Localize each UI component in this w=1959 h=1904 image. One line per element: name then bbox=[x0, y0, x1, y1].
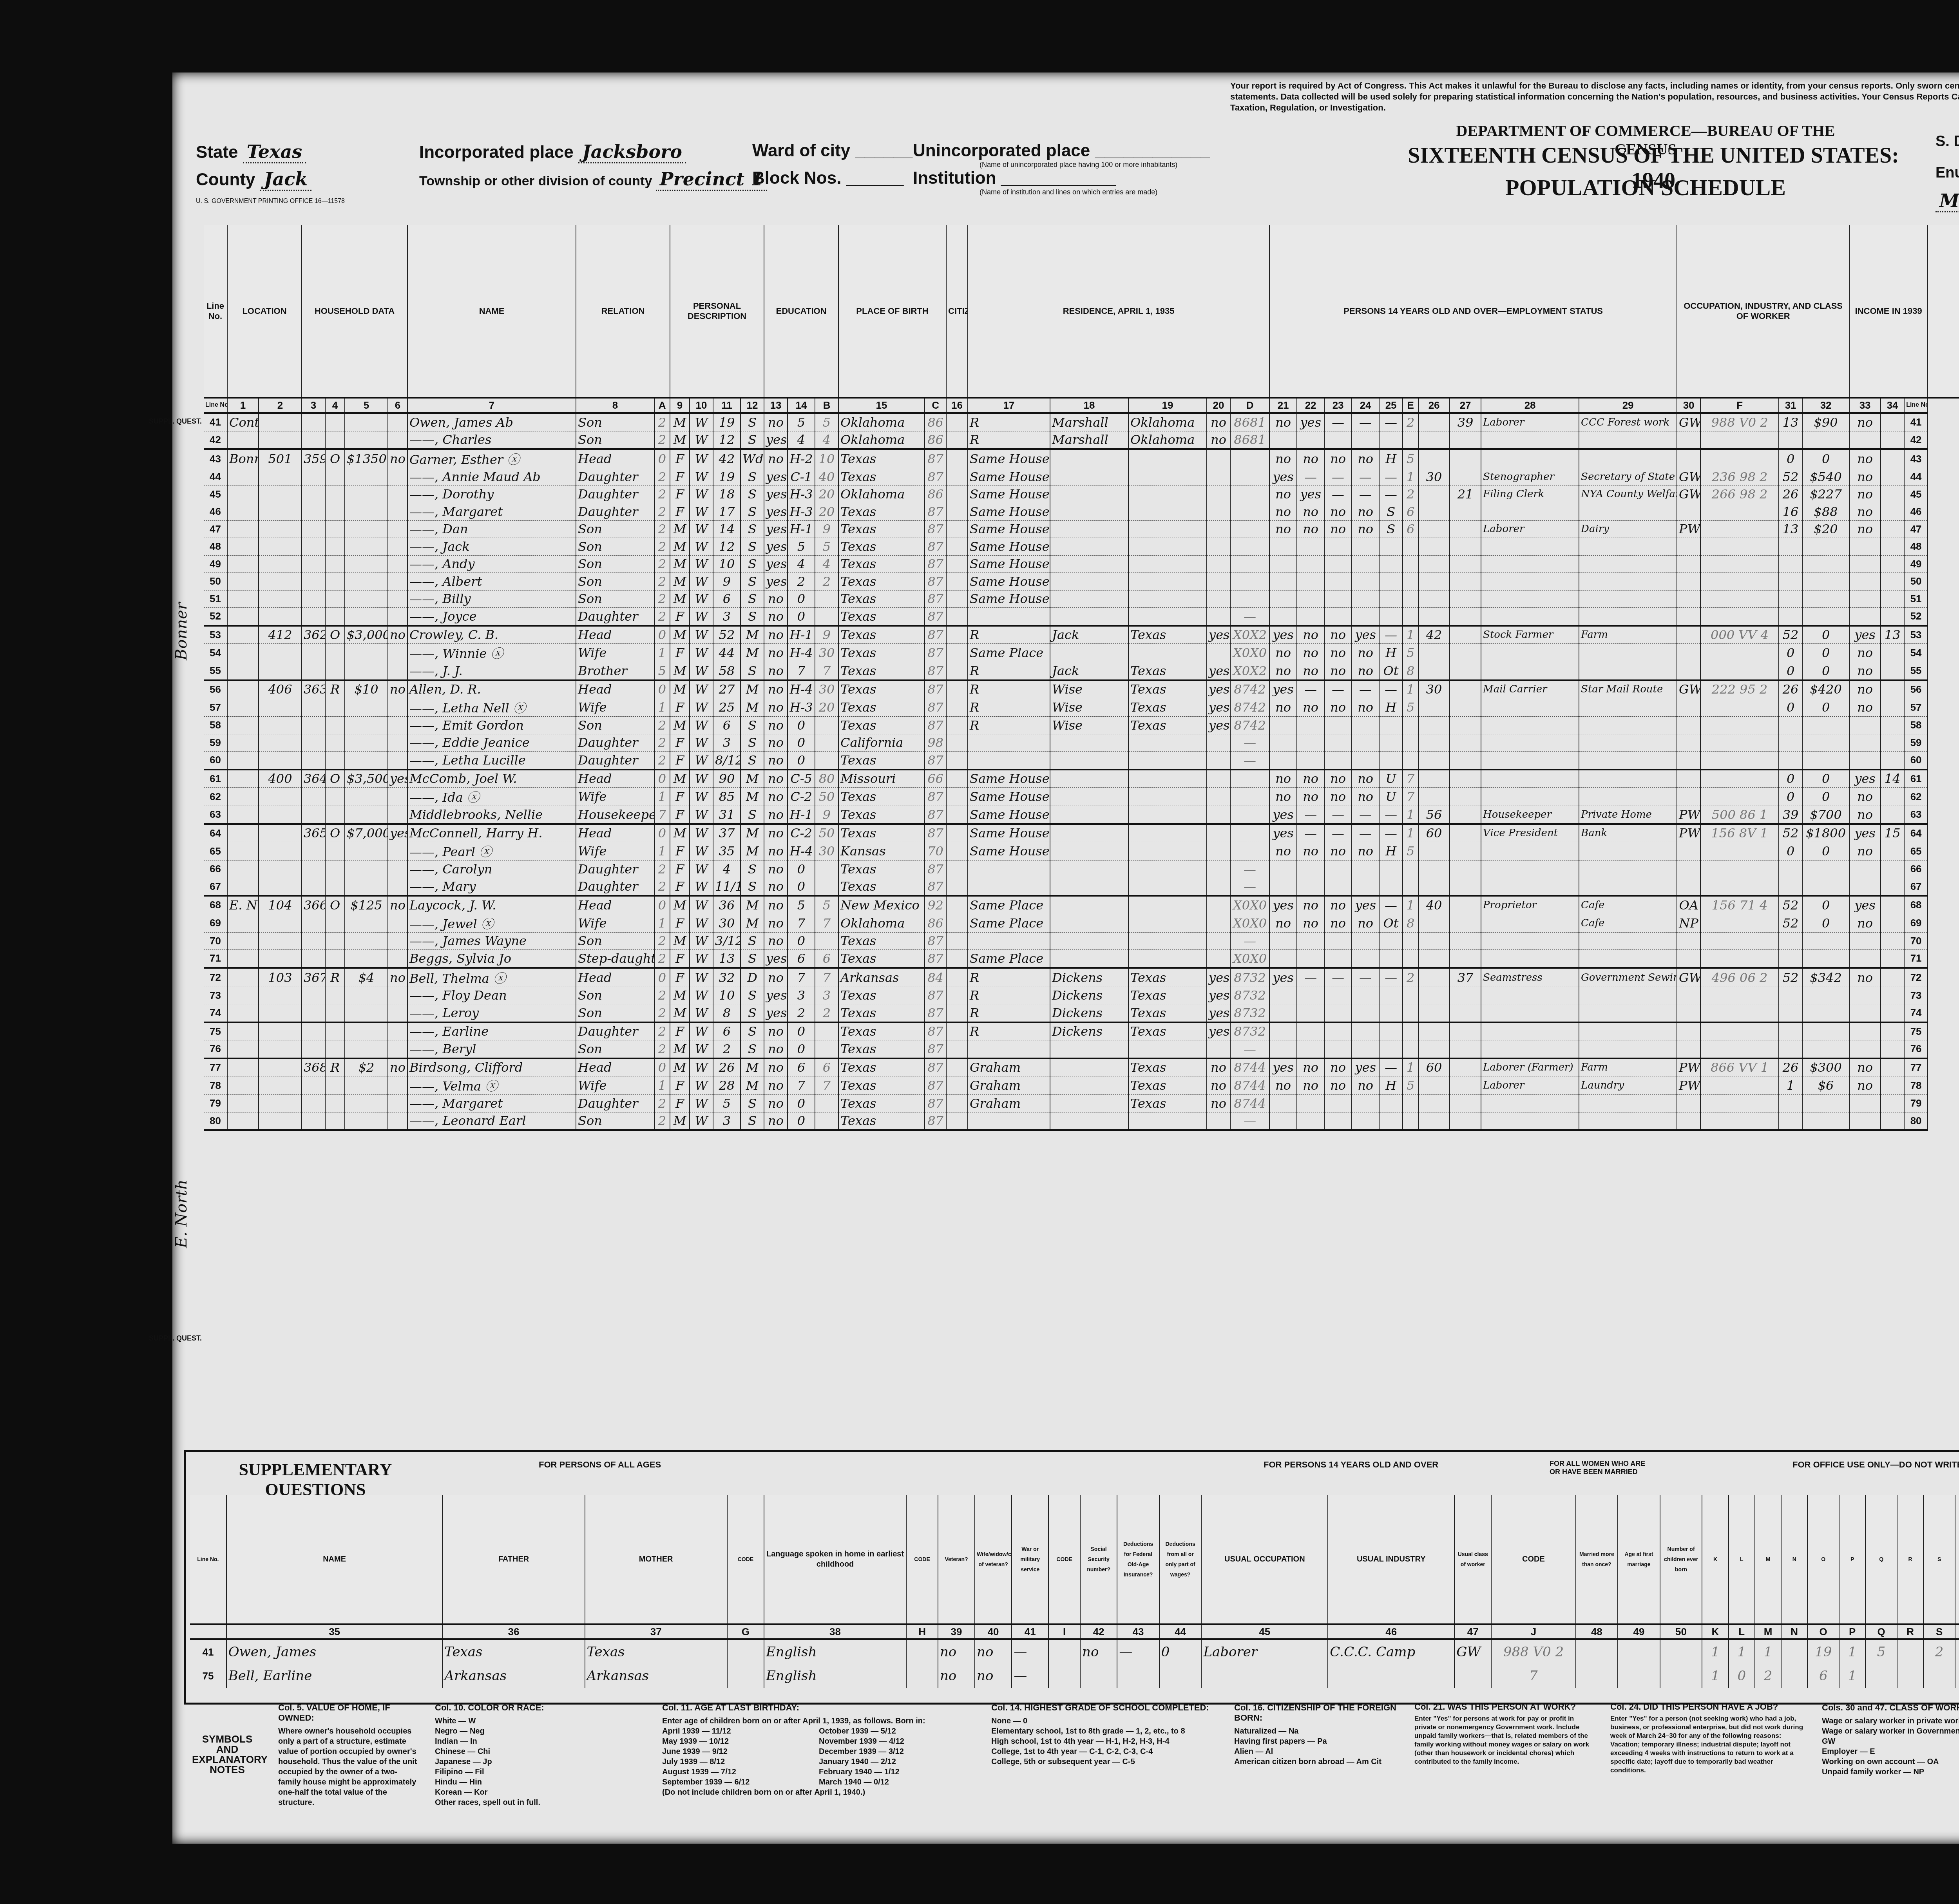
cell-c24 bbox=[1352, 717, 1379, 734]
column-number: 23 bbox=[1324, 398, 1352, 413]
cell-other bbox=[1849, 538, 1881, 556]
cell-occ: Laborer bbox=[1481, 520, 1579, 538]
cell-c24: no bbox=[1352, 698, 1379, 717]
cell-mar: M bbox=[741, 914, 764, 932]
cell-sex: M bbox=[670, 555, 690, 573]
cell-occ bbox=[1481, 1095, 1579, 1112]
table-row: 76——, BerylSon2MW2Sno0Texas87—76 bbox=[204, 1040, 1959, 1058]
cell-c: 87 bbox=[925, 950, 946, 968]
column-number: 11 bbox=[713, 398, 741, 413]
cell-b: 7 bbox=[815, 968, 838, 987]
cell-line-right: 44 bbox=[1904, 468, 1928, 486]
column-number: B bbox=[815, 398, 838, 413]
cell-cit bbox=[946, 1095, 968, 1112]
cell-name: ——, Ida ⓧ bbox=[407, 788, 576, 806]
cell-farm bbox=[388, 608, 407, 626]
county-value: Jack bbox=[260, 168, 311, 191]
supp-cell-r bbox=[1897, 1640, 1923, 1664]
cell-c27 bbox=[1450, 896, 1481, 914]
cell-line: 61 bbox=[204, 770, 227, 788]
cell-own bbox=[325, 806, 345, 824]
cell-a: 0 bbox=[654, 968, 670, 987]
cell-res_city: R bbox=[968, 431, 1050, 449]
table-row: 65——, Pearl ⓧWife1FW35MnoH-430Kansas70Sa… bbox=[204, 842, 1959, 861]
cell-other bbox=[1849, 950, 1881, 968]
cell-weeks: 26 bbox=[1779, 486, 1802, 503]
supp-column-number-row: 353637G38H394041I424344454647J484950KLMN… bbox=[190, 1624, 1959, 1640]
cell-e: 2 bbox=[1403, 413, 1418, 431]
cell-house bbox=[259, 987, 302, 1004]
cell-school: yes bbox=[764, 1004, 788, 1022]
cell-res_county bbox=[1050, 486, 1128, 503]
cell-age: 2 bbox=[713, 1040, 741, 1058]
cell-name: McComb, Joel W. bbox=[407, 770, 576, 788]
header-household: HOUSEHOLD DATA bbox=[302, 225, 407, 398]
table-row: 49——, AndySon2MW10Syes44Texas87Same Hous… bbox=[204, 555, 1959, 573]
cell-line: 62 bbox=[204, 788, 227, 806]
supp-column-number: 39 bbox=[938, 1624, 975, 1640]
cell-a: 2 bbox=[654, 861, 670, 878]
cell-wages bbox=[1802, 431, 1849, 449]
cell-name: ——, Eddie Jeanice bbox=[407, 734, 576, 752]
cell-mar: S bbox=[741, 1022, 764, 1040]
supp-header: Language spoken in home in earliest chil… bbox=[764, 1495, 906, 1624]
cell-b: 6 bbox=[815, 1058, 838, 1076]
supp-header: Wife/widow/child of veteran? bbox=[975, 1495, 1012, 1624]
cell-name: Crowley, C. B. bbox=[407, 626, 576, 644]
cell-c21: no bbox=[1269, 413, 1297, 431]
cell-age: 37 bbox=[713, 824, 741, 842]
cell-ind bbox=[1579, 698, 1677, 717]
cell-f: 156 8V 1 bbox=[1700, 824, 1779, 842]
cell-c23 bbox=[1324, 950, 1352, 968]
cell-line-right: 76 bbox=[1904, 1040, 1928, 1058]
cell-occ bbox=[1481, 698, 1579, 717]
cell-school: no bbox=[764, 1076, 788, 1095]
block-field: Block Nos. ______ bbox=[752, 168, 903, 188]
cell-weeks: 52 bbox=[1779, 626, 1802, 644]
cell-c24 bbox=[1352, 861, 1379, 878]
cell-rel: Head bbox=[576, 1058, 654, 1076]
street-note-e-north: E. North bbox=[172, 1179, 190, 1248]
cell-weeks bbox=[1779, 431, 1802, 449]
cell-cit bbox=[946, 626, 968, 644]
cell-c25 bbox=[1379, 590, 1403, 608]
cell-c23: — bbox=[1324, 413, 1352, 431]
cell-ind bbox=[1579, 950, 1677, 968]
cell-wages bbox=[1802, 932, 1849, 950]
table-row: 64365O$7,000yesMcConnell, Harry H.Head0M… bbox=[204, 824, 1959, 842]
cell-weeks bbox=[1779, 1095, 1802, 1112]
cell-farm35 bbox=[1207, 734, 1230, 752]
cell-school: yes bbox=[764, 468, 788, 486]
cell-grade: 0 bbox=[788, 608, 815, 626]
cell-cls bbox=[1677, 608, 1700, 626]
column-number: 16 bbox=[946, 398, 968, 413]
cell-other bbox=[1849, 1004, 1881, 1022]
cell-c34 bbox=[1881, 431, 1904, 449]
cell-res_city: R bbox=[968, 717, 1050, 734]
cell-c26 bbox=[1418, 932, 1450, 950]
cell-c21 bbox=[1269, 950, 1297, 968]
cell-farm bbox=[388, 842, 407, 861]
cell-sex: F bbox=[670, 788, 690, 806]
supp-cell-occ bbox=[1201, 1664, 1328, 1688]
cell-cit bbox=[946, 644, 968, 662]
cell-line-right: 63 bbox=[1904, 806, 1928, 824]
cell-e: 1 bbox=[1403, 806, 1418, 824]
cell-b: 9 bbox=[815, 520, 838, 538]
cell-c34 bbox=[1881, 468, 1904, 486]
cell-c21 bbox=[1269, 538, 1297, 556]
supp-cell-p: 1 bbox=[1839, 1664, 1865, 1688]
cell-farm bbox=[388, 1040, 407, 1058]
cell-e: 6 bbox=[1403, 503, 1418, 521]
note-col11: Col. 11. AGE AT LAST BIRTHDAY:Enter age … bbox=[662, 1703, 968, 1797]
cell-c27 bbox=[1450, 788, 1481, 806]
cell-hh bbox=[302, 468, 325, 486]
cell-other bbox=[1849, 1112, 1881, 1130]
cell-birth: Texas bbox=[838, 1058, 925, 1076]
cell-c34 bbox=[1881, 717, 1904, 734]
cell-c: 87 bbox=[925, 1058, 946, 1076]
cell-d bbox=[1230, 449, 1269, 468]
cell-c27 bbox=[1450, 1076, 1481, 1095]
cell-res_city: R bbox=[968, 698, 1050, 717]
supp-cell-c44: 0 bbox=[1159, 1640, 1202, 1664]
cell-a: 2 bbox=[654, 932, 670, 950]
cell-f bbox=[1700, 752, 1779, 770]
cell-street bbox=[227, 950, 259, 968]
note-item: May 1939 — 10/12 bbox=[662, 1736, 811, 1746]
cell-sex: M bbox=[670, 538, 690, 556]
cell-value bbox=[345, 486, 388, 503]
cell-house: 104 bbox=[259, 896, 302, 914]
cell-res_county bbox=[1050, 1040, 1128, 1058]
cell-c21 bbox=[1269, 734, 1297, 752]
cell-house bbox=[259, 914, 302, 932]
cell-ind: NYA County Welfare work bbox=[1579, 486, 1677, 503]
cell-line-right: 57 bbox=[1904, 698, 1928, 717]
cell-cls: GW bbox=[1677, 486, 1700, 503]
cell-value bbox=[345, 1112, 388, 1130]
supp-header: USUAL OCCUPATION bbox=[1201, 1495, 1328, 1624]
cell-grade: C-2 bbox=[788, 788, 815, 806]
cell-c22 bbox=[1297, 1112, 1324, 1130]
cell-weeks: 52 bbox=[1779, 896, 1802, 914]
cell-age: 18 bbox=[713, 486, 741, 503]
cell-name: ——, Leroy bbox=[407, 1004, 576, 1022]
cell-line: 55 bbox=[204, 662, 227, 680]
cell-a: 2 bbox=[654, 734, 670, 752]
cell-rel: Son bbox=[576, 987, 654, 1004]
cell-hh bbox=[302, 573, 325, 591]
cell-own bbox=[325, 698, 345, 717]
cell-value bbox=[345, 914, 388, 932]
cell-a: 2 bbox=[654, 1004, 670, 1022]
supp-header: Line No. bbox=[190, 1495, 226, 1624]
cell-c24 bbox=[1352, 1040, 1379, 1058]
cell-other: no bbox=[1849, 662, 1881, 680]
cell-race: W bbox=[690, 950, 713, 968]
incorporated-place-value: Jacksboro bbox=[578, 141, 686, 163]
cell-d bbox=[1230, 555, 1269, 573]
cell-c26 bbox=[1418, 555, 1450, 573]
cell-occ bbox=[1481, 914, 1579, 932]
cell-c24: no bbox=[1352, 914, 1379, 932]
cell-mar: M bbox=[741, 680, 764, 698]
cell-c23 bbox=[1324, 431, 1352, 449]
cell-line: 69 bbox=[204, 914, 227, 932]
cell-farm bbox=[388, 413, 407, 431]
cell-e bbox=[1403, 987, 1418, 1004]
cell-ind bbox=[1579, 752, 1677, 770]
cell-c: 86 bbox=[925, 431, 946, 449]
cell-line-right: 73 bbox=[1904, 987, 1928, 1004]
cell-c: 87 bbox=[925, 520, 946, 538]
cell-other bbox=[1849, 573, 1881, 591]
cell-street bbox=[227, 752, 259, 770]
header-location: LOCATION bbox=[227, 225, 302, 398]
cell-farm bbox=[388, 878, 407, 896]
cell-name: Bell, Thelma ⓧ bbox=[407, 968, 576, 987]
cell-res_county: Jack bbox=[1050, 662, 1128, 680]
cell-res_state: Texas bbox=[1128, 1058, 1207, 1076]
cell-f bbox=[1700, 590, 1779, 608]
cell-rel: Head bbox=[576, 896, 654, 914]
cell-name: ——, Emit Gordon bbox=[407, 717, 576, 734]
cell-d: X0X0 bbox=[1230, 950, 1269, 968]
cell-cls: PW bbox=[1677, 520, 1700, 538]
cell-own bbox=[325, 486, 345, 503]
cell-weeks bbox=[1779, 608, 1802, 626]
cell-res_state bbox=[1128, 950, 1207, 968]
cell-birth: Texas bbox=[838, 752, 925, 770]
cell-e bbox=[1403, 752, 1418, 770]
cell-c34 bbox=[1881, 806, 1904, 824]
cell-own bbox=[325, 788, 345, 806]
cell-a: 2 bbox=[654, 987, 670, 1004]
cell-occ bbox=[1481, 717, 1579, 734]
cell-res_city: R bbox=[968, 626, 1050, 644]
cell-occ bbox=[1481, 861, 1579, 878]
cell-d: X0X0 bbox=[1230, 896, 1269, 914]
cell-cit bbox=[946, 413, 968, 431]
cell-b: 7 bbox=[815, 662, 838, 680]
cell-rel: Wife bbox=[576, 1076, 654, 1095]
supp-header: O bbox=[1807, 1495, 1839, 1624]
cell-street bbox=[227, 1040, 259, 1058]
cell-birth: Texas bbox=[838, 788, 925, 806]
cell-c: 87 bbox=[925, 824, 946, 842]
cell-farm: no bbox=[388, 1058, 407, 1076]
cell-a: 0 bbox=[654, 449, 670, 468]
cell-res_state bbox=[1128, 573, 1207, 591]
cell-cls: GW bbox=[1677, 968, 1700, 987]
cell-a: 1 bbox=[654, 1076, 670, 1095]
cell-farm: yes bbox=[388, 824, 407, 842]
cell-farm35 bbox=[1207, 932, 1230, 950]
cell-e bbox=[1403, 734, 1418, 752]
cell-cls bbox=[1677, 662, 1700, 680]
cell-ind bbox=[1579, 878, 1677, 896]
cell-age: 27 bbox=[713, 680, 741, 698]
cell-c24: — bbox=[1352, 806, 1379, 824]
cell-c34 bbox=[1881, 914, 1904, 932]
column-number-row: Line No.12345678A91011121314B15C16171819… bbox=[204, 398, 1959, 413]
cell-c34 bbox=[1881, 520, 1904, 538]
cell-rel: Son bbox=[576, 555, 654, 573]
cell-res_city: Same House bbox=[968, 503, 1050, 521]
cell-other: no bbox=[1849, 806, 1881, 824]
cell-mar: S bbox=[741, 717, 764, 734]
cell-c27 bbox=[1450, 1112, 1481, 1130]
incorporated-place-field: Incorporated place Jacksboro bbox=[419, 141, 686, 162]
cell-c: 87 bbox=[925, 1004, 946, 1022]
cell-line-right: 64 bbox=[1904, 824, 1928, 842]
cell-line-right: 71 bbox=[1904, 950, 1928, 968]
supp-cell-m: 2 bbox=[1755, 1664, 1781, 1688]
cell-c25 bbox=[1379, 573, 1403, 591]
cell-sex: M bbox=[670, 431, 690, 449]
cell-f bbox=[1700, 698, 1779, 717]
cell-rel: Daughter bbox=[576, 503, 654, 521]
cell-e: 1 bbox=[1403, 680, 1418, 698]
cell-c21: no bbox=[1269, 914, 1297, 932]
cell-ind bbox=[1579, 1022, 1677, 1040]
cell-c27 bbox=[1450, 734, 1481, 752]
cell-c27 bbox=[1450, 1058, 1481, 1076]
cell-f bbox=[1700, 555, 1779, 573]
cell-sex: F bbox=[670, 698, 690, 717]
cell-age: 26 bbox=[713, 1058, 741, 1076]
cell-grade: 0 bbox=[788, 861, 815, 878]
cell-res_state: Texas bbox=[1128, 968, 1207, 987]
cell-res_state bbox=[1128, 538, 1207, 556]
cell-own bbox=[325, 717, 345, 734]
cell-value bbox=[345, 788, 388, 806]
cell-d bbox=[1230, 770, 1269, 788]
supp-cell-ind: C.C.C. Camp bbox=[1328, 1640, 1454, 1664]
cell-age: 8 bbox=[713, 1004, 741, 1022]
supp-column-number: M bbox=[1755, 1624, 1781, 1640]
cell-c27 bbox=[1450, 555, 1481, 573]
cell-mar: M bbox=[741, 824, 764, 842]
cell-c27 bbox=[1450, 932, 1481, 950]
cell-wages bbox=[1802, 861, 1849, 878]
cell-birth: Oklahoma bbox=[838, 431, 925, 449]
cell-other: no bbox=[1849, 680, 1881, 698]
cell-res_city: R bbox=[968, 413, 1050, 431]
cell-own: R bbox=[325, 1058, 345, 1076]
cell-c: 87 bbox=[925, 717, 946, 734]
cell-birth: Texas bbox=[838, 449, 925, 468]
cell-street bbox=[227, 644, 259, 662]
cell-line: 65 bbox=[204, 842, 227, 861]
cell-c: 86 bbox=[925, 413, 946, 431]
supp-column-number: 46 bbox=[1328, 1624, 1454, 1640]
cell-street bbox=[227, 590, 259, 608]
cell-c25 bbox=[1379, 555, 1403, 573]
supp-cell-c49 bbox=[1618, 1664, 1660, 1688]
cell-mar: Wd bbox=[741, 449, 764, 468]
cell-res_county bbox=[1050, 538, 1128, 556]
cell-weeks: 0 bbox=[1779, 842, 1802, 861]
cell-c27 bbox=[1450, 590, 1481, 608]
cell-c27: 37 bbox=[1450, 968, 1481, 987]
cell-grade: H-4 bbox=[788, 680, 815, 698]
cell-occ: Stenographer bbox=[1481, 468, 1579, 486]
cell-res_county bbox=[1050, 932, 1128, 950]
cell-other bbox=[1849, 717, 1881, 734]
note-item: Unpaid family worker — NP bbox=[1822, 1767, 1959, 1777]
cell-c21: no bbox=[1269, 770, 1297, 788]
cell-birth: Oklahoma bbox=[838, 486, 925, 503]
cell-c24: yes bbox=[1352, 896, 1379, 914]
cell-sex: M bbox=[670, 626, 690, 644]
cell-c34 bbox=[1881, 752, 1904, 770]
cell-c27 bbox=[1450, 573, 1481, 591]
supp-header: USUAL INDUSTRY bbox=[1328, 1495, 1454, 1624]
cell-grade: 5 bbox=[788, 896, 815, 914]
supp-cell-c48 bbox=[1576, 1640, 1618, 1664]
cell-house bbox=[259, 413, 302, 431]
cell-farm35 bbox=[1207, 520, 1230, 538]
cell-c23: no bbox=[1324, 914, 1352, 932]
cell-other bbox=[1849, 1040, 1881, 1058]
cell-a: 1 bbox=[654, 644, 670, 662]
cell-line-right: 75 bbox=[1904, 1022, 1928, 1040]
cell-own bbox=[325, 932, 345, 950]
state-value: Texas bbox=[243, 141, 306, 163]
cell-house bbox=[259, 486, 302, 503]
cell-c26 bbox=[1418, 861, 1450, 878]
cell-sex: F bbox=[670, 1022, 690, 1040]
cell-occ: Laborer bbox=[1481, 1076, 1579, 1095]
cell-c23 bbox=[1324, 1022, 1352, 1040]
cell-school: no bbox=[764, 861, 788, 878]
cell-res_city bbox=[968, 932, 1050, 950]
cell-res_county bbox=[1050, 1076, 1128, 1095]
column-number: 14 bbox=[788, 398, 815, 413]
cell-c22 bbox=[1297, 950, 1324, 968]
cell-name: ——, Earline bbox=[407, 1022, 576, 1040]
cell-c: 87 bbox=[925, 680, 946, 698]
cell-c34 bbox=[1881, 573, 1904, 591]
cell-race: W bbox=[690, 896, 713, 914]
cell-other: yes bbox=[1849, 824, 1881, 842]
cell-sex: F bbox=[670, 878, 690, 896]
column-number: 21 bbox=[1269, 398, 1297, 413]
suppl-tag-75: SUPPL. QUEST. bbox=[149, 1334, 202, 1342]
cell-b: 5 bbox=[815, 896, 838, 914]
cell-c21: yes bbox=[1269, 806, 1297, 824]
cell-rel: Daughter bbox=[576, 752, 654, 770]
supp-cell-g bbox=[727, 1664, 764, 1688]
cell-line-right: 67 bbox=[1904, 878, 1928, 896]
cell-cit bbox=[946, 449, 968, 468]
cell-race: W bbox=[690, 717, 713, 734]
cell-c22: no bbox=[1297, 449, 1324, 468]
cell-weeks: 52 bbox=[1779, 468, 1802, 486]
cell-own bbox=[325, 950, 345, 968]
cell-value bbox=[345, 861, 388, 878]
cell-line-right: 51 bbox=[1904, 590, 1928, 608]
cell-c21 bbox=[1269, 878, 1297, 896]
cell-c22 bbox=[1297, 1004, 1324, 1022]
cell-street bbox=[227, 573, 259, 591]
cell-f bbox=[1700, 950, 1779, 968]
